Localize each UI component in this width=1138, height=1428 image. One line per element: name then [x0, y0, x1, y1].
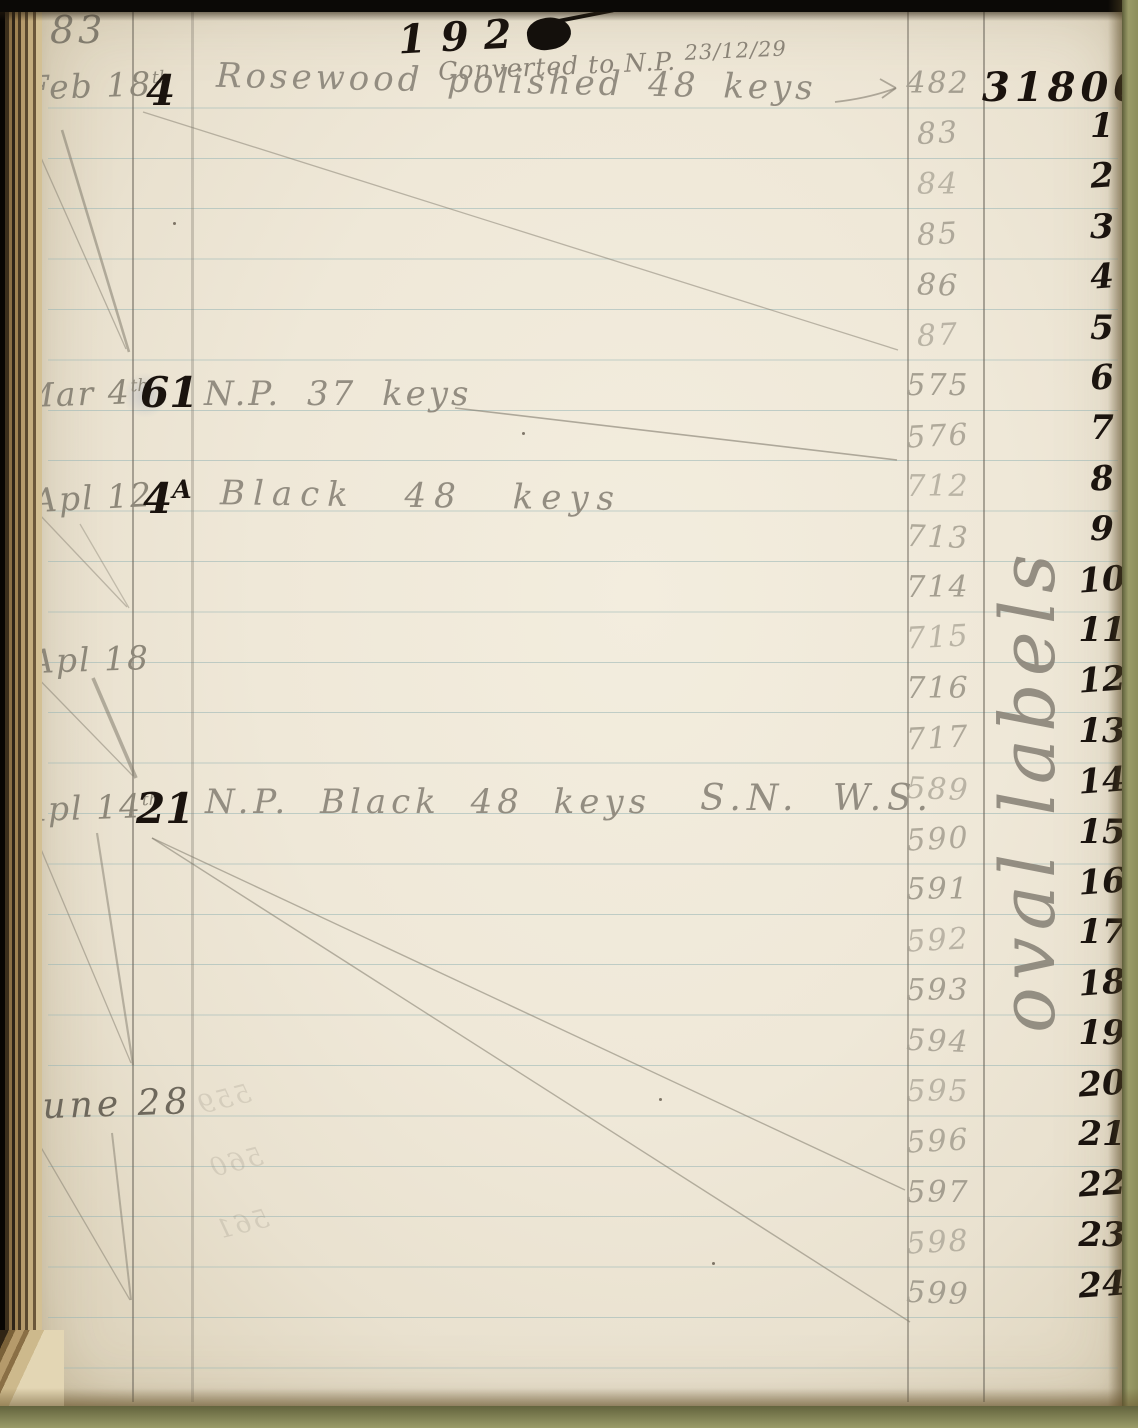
ledger-book-scan: 83 1925 Converted to N.P. 23/12/29 31800… — [0, 0, 1138, 1428]
serial-number: 595 — [899, 1074, 977, 1109]
entry-date: Apl 18 — [29, 638, 150, 681]
serial-number: 599 — [898, 1274, 977, 1312]
entry-description: N.P. Black 48 keys — [205, 782, 651, 822]
entry-description: Black 48 keys — [220, 473, 623, 519]
serial-number: 594 — [898, 1022, 977, 1060]
conversion-date: 23/12/29 — [684, 36, 787, 64]
serial-number-column: 4828384858687575576712713714715716717589… — [899, 0, 977, 1380]
paper-speck — [522, 432, 525, 435]
serial-number: 576 — [898, 417, 978, 456]
serial-number: 87 — [898, 316, 978, 355]
serial-number: 84 — [899, 167, 977, 202]
entry-quantity: 21 — [136, 784, 194, 833]
serial-number: 715 — [898, 618, 978, 657]
serial-number: 86 — [898, 266, 977, 304]
serial-number: 713 — [898, 518, 977, 556]
serial-number: 597 — [899, 1175, 977, 1210]
serial-number: 575 — [899, 368, 977, 403]
entry-description: N.P. 37 keys — [204, 374, 471, 414]
serial-number: 714 — [899, 570, 977, 605]
book-edge-top-shadow — [0, 12, 1138, 21]
book-cover-bottom — [0, 1406, 1138, 1428]
entry-date: June 28 — [23, 1081, 192, 1128]
book-edge-top — [0, 0, 1138, 12]
page-edge-shadow-bottom — [0, 1388, 1138, 1406]
paper-speck — [173, 222, 176, 225]
serial-number: 591 — [899, 872, 977, 907]
entry-date: Apl 12 — [32, 475, 154, 520]
serial-number: 592 — [898, 921, 978, 960]
entry-quantity: 61 — [140, 368, 198, 417]
page-edge-shadow-right — [1108, 0, 1122, 1428]
serial-number: 716 — [899, 671, 977, 706]
paper-speck — [659, 1098, 662, 1101]
serial-number: 712 — [899, 469, 977, 504]
serial-number: 598 — [898, 1223, 978, 1262]
serial-number: 589 — [898, 770, 977, 808]
book-cover-right — [1122, 0, 1138, 1428]
quantity-suffix: A — [172, 475, 191, 504]
serial-number: 717 — [898, 719, 978, 758]
entry-quantity: 4 — [146, 66, 175, 115]
serial-number: 596 — [898, 1122, 978, 1161]
serial-number: 482 — [899, 66, 977, 101]
serial-number: 593 — [899, 973, 977, 1008]
serial-number: 590 — [898, 820, 978, 859]
serial-number: 85 — [898, 215, 978, 254]
paper-speck — [712, 1262, 715, 1265]
serial-number: 83 — [898, 114, 978, 153]
entry-quantity: 4A — [143, 474, 192, 523]
book-binding-left — [0, 0, 42, 1428]
vertical-note: oval labels — [988, 280, 1068, 1300]
